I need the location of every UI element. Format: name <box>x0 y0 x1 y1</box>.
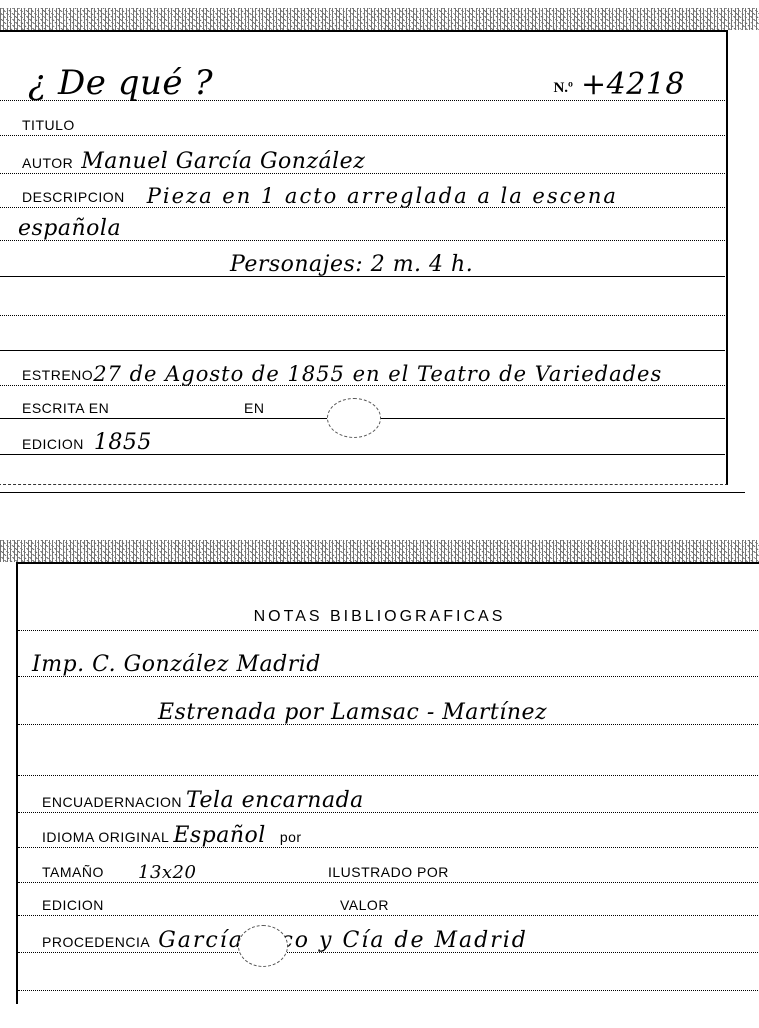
field-label: TAMAÑO <box>42 864 138 882</box>
field-label: DESCRIPCION <box>22 189 125 207</box>
catalog-card-back: NOTAS BIBLIOGRAFICAS Imp. C. González Ma… <box>0 540 759 1028</box>
card-separator <box>0 492 745 493</box>
field-descripcion: DESCRIPCION Pieza en 1 acto arreglada a … <box>0 177 725 208</box>
punch-hole <box>327 398 381 438</box>
blank-row <box>0 285 725 316</box>
field-value-idioma: Español <box>173 825 266 847</box>
field-value-edicion: 1855 <box>94 432 152 454</box>
field-label: TITULO <box>22 117 75 135</box>
field-label: EDICION <box>42 897 340 915</box>
field-label: AUTOR <box>22 155 73 173</box>
field-secondary-label: EN <box>244 400 264 418</box>
field-label: ENCUADERNACION <box>42 794 182 812</box>
field-edicion-valor: EDICION VALOR <box>18 885 758 916</box>
field-value-procedencia: García Rico y Cía de Madrid <box>158 930 528 952</box>
field-value-encuadernacion: Tela encarnada <box>186 790 364 812</box>
blank-row <box>18 960 758 991</box>
catalog-card-front: ¿ De qué ? N.º +4218 TITULO AUTOR Manuel… <box>0 0 759 495</box>
field-label: ESTRENO <box>22 367 93 385</box>
note-text: Imp. C. González Madrid <box>32 654 321 676</box>
blank-row <box>0 320 725 351</box>
handwritten-title: ¿ De qué ? <box>28 66 213 100</box>
field-label: IDIOMA ORIGINAL <box>42 829 169 847</box>
field-secondary-label: por <box>280 829 302 847</box>
field-secondary-label: VALOR <box>340 897 389 915</box>
field-tamano: TAMAÑO 13x20 ILUSTRADO POR <box>18 850 758 883</box>
field-secondary-label: ILUSTRADO POR <box>328 864 449 882</box>
field-value-tamano: 13x20 <box>138 864 328 882</box>
field-label: ESCRITA EN <box>22 400 244 418</box>
title-row: ¿ De qué ? N.º +4218 <box>0 70 725 101</box>
notes-top-rule <box>18 602 758 631</box>
note-text: Estrenada por Lamsac - Martínez <box>158 702 547 724</box>
field-value-descripcion: Pieza en 1 acto arreglada a la escena <box>147 186 618 207</box>
number-label: N.º <box>553 80 573 100</box>
note-line-1: Imp. C. González Madrid <box>18 640 758 677</box>
field-value-personajes: Personajes: 2 m. 4 h. <box>230 254 473 276</box>
field-value-estreno: 27 de Agosto de 1855 en el Teatro de Var… <box>93 364 662 385</box>
field-label: PROCEDENCIA <box>42 934 150 952</box>
field-autor: AUTOR Manuel García González <box>0 143 725 174</box>
field-encuadernacion: ENCUADERNACION Tela encarnada <box>18 780 758 813</box>
field-descripcion-cont: española <box>0 210 725 241</box>
punch-hole <box>238 925 288 967</box>
field-estreno: ESTRENO 27 de Agosto de 1855 en el Teatr… <box>0 355 725 386</box>
field-titulo: TITULO <box>0 105 725 136</box>
field-idioma-original: IDIOMA ORIGINAL Español por <box>18 815 758 848</box>
field-value: española <box>18 218 121 240</box>
scan-noise-band <box>0 8 759 30</box>
scan-noise-band <box>0 540 759 562</box>
field-label: EDICION <box>22 436 84 454</box>
note-line-3 <box>18 725 758 776</box>
catalog-number: +4218 <box>581 70 685 100</box>
note-line-2: Estrenada por Lamsac - Martínez <box>18 690 758 725</box>
field-personajes: Personajes: 2 m. 4 h. <box>0 246 725 277</box>
field-procedencia: PROCEDENCIA García Rico y Cía de Madrid <box>18 918 758 953</box>
field-value-autor: Manuel García González <box>81 151 365 173</box>
